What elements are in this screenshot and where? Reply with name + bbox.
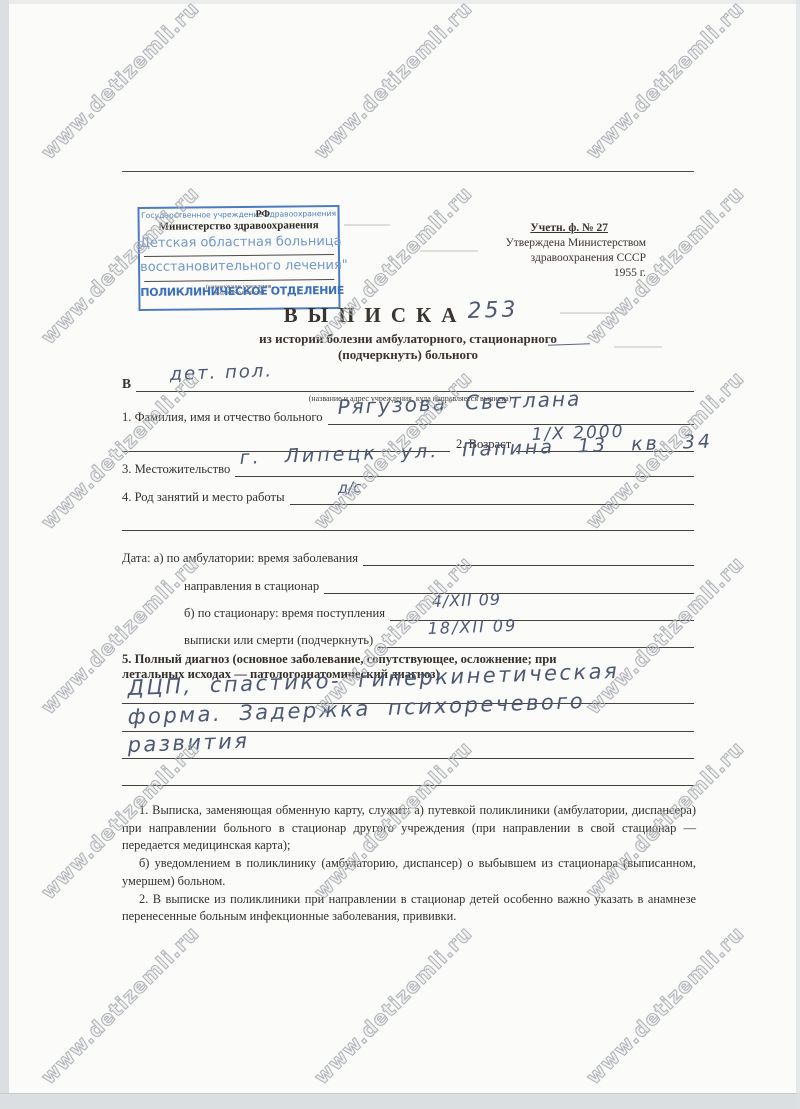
handwritten-extract-number: 253: [467, 297, 519, 324]
field-referral-date: направления в стационар: [122, 578, 694, 594]
scan-edge: [0, 0, 9, 1109]
diagnosis-rule-4: [122, 785, 694, 786]
scan-fold-line: [122, 171, 694, 172]
field-discharge-date: выписки или смерти (подчеркнуть): [122, 632, 694, 648]
watermark: www.detizemli.ru: [581, 0, 749, 164]
form-approved-org: здравоохранения СССР: [531, 252, 646, 264]
form-approved-by: Утверждена Министерством: [506, 237, 646, 249]
field-date-ambulatory: Дата: а) по амбулатории: время заболеван…: [122, 550, 694, 566]
handwritten-discharge-date: 18/XII 09: [427, 616, 517, 638]
handwritten-destination: дет. пол.: [169, 360, 273, 385]
stamp-line-rehabilitation: восстановительного лечения": [140, 258, 338, 275]
scan-noise: [560, 312, 626, 314]
note-paragraph-1a: 1. Выписка, заменяющая обменную карту, с…: [122, 802, 696, 855]
watermark: www.detizemli.ru: [581, 921, 749, 1089]
form-approved-year: 1955 г.: [614, 267, 646, 279]
residence-label: 3. Местожительство: [122, 463, 235, 477]
scanned-document-page: Государственное учреждение здравоохранен…: [0, 0, 800, 1109]
document-title: ВЫПИСКА: [252, 303, 498, 328]
date-ambulatory-label: Дата: а) по амбулатории: время заболеван…: [122, 552, 363, 566]
residence-blank-line: [235, 476, 694, 477]
note-paragraph-1b: б) уведомлением в поликлинику (амбулатор…: [122, 855, 696, 890]
field-occupation: 4. Род занятий и место работы: [122, 489, 694, 505]
destination-label: В: [122, 377, 136, 392]
occupation-blank-line: [290, 504, 694, 505]
discharge-date-blank-line: [378, 647, 694, 648]
referral-date-blank-line: [324, 593, 694, 594]
scan-noise: [614, 346, 662, 348]
discharge-date-label: выписки или смерти (подчеркнуть): [184, 634, 378, 648]
scan-edge: [0, 1093, 800, 1109]
watermark: www.detizemli.ru: [36, 0, 204, 164]
handwritten-diagnosis-line3: развития: [127, 729, 250, 757]
occupation-continuation-row: [122, 515, 694, 531]
watermark: www.detizemli.ru: [36, 921, 204, 1089]
scan-edge: [0, 0, 800, 4]
handwritten-admission-date: 4/XII 09: [431, 590, 501, 611]
patient-name-label: 1. Фамилия, имя и отчество больного: [122, 411, 328, 425]
watermark: www.detizemli.ru: [309, 921, 477, 1089]
patient-name-blank-line: [328, 424, 694, 425]
printed-rf-text: РФ: [255, 209, 270, 220]
scan-edge: [796, 0, 800, 1109]
handwritten-occupation: д/с: [337, 478, 361, 497]
subtitle-line2: (подчеркнуть) больного: [122, 347, 694, 363]
watermark: www.detizemli.ru: [309, 0, 477, 164]
stamp-line-polyclinic-dept: ПОЛИКЛИНИЧЕСКОЕ ОТДЕЛЕНИЕ: [140, 284, 338, 299]
form-blank-line: [144, 279, 334, 282]
scan-noise: [344, 224, 390, 226]
field-admission-date: б) по стационару: время поступления: [122, 605, 694, 621]
subtitle-line1: из истории болезни амбулаторного, стацио…: [122, 331, 694, 347]
form-number: Учетн. ф. № 27: [420, 221, 646, 236]
blank-line: [122, 530, 694, 531]
date-ambulatory-blank-line: [363, 565, 694, 566]
field-residence: 3. Местожительство: [122, 461, 694, 477]
printed-ministry-text: Министерство здравоохранения: [140, 219, 338, 233]
institution-stamp: Государственное учреждение здравоохранен…: [137, 205, 340, 311]
diagnosis-rule-3: [122, 758, 694, 759]
admission-date-label: б) по стационару: время поступления: [184, 607, 390, 621]
form-blank-line: [144, 254, 334, 257]
scan-noise: [420, 250, 478, 252]
occupation-label: 4. Род занятий и место работы: [122, 491, 290, 505]
document-subtitle: из истории болезни амбулаторного, стацио…: [122, 331, 694, 364]
referral-date-label: направления в стационар: [184, 580, 324, 594]
stamp-line-hospital: Детская областная больница: [140, 234, 338, 251]
footer-notes: 1. Выписка, заменяющая обменную карту, с…: [122, 802, 696, 926]
note-paragraph-2: 2. В выписке из поликлиники при направле…: [122, 891, 696, 926]
